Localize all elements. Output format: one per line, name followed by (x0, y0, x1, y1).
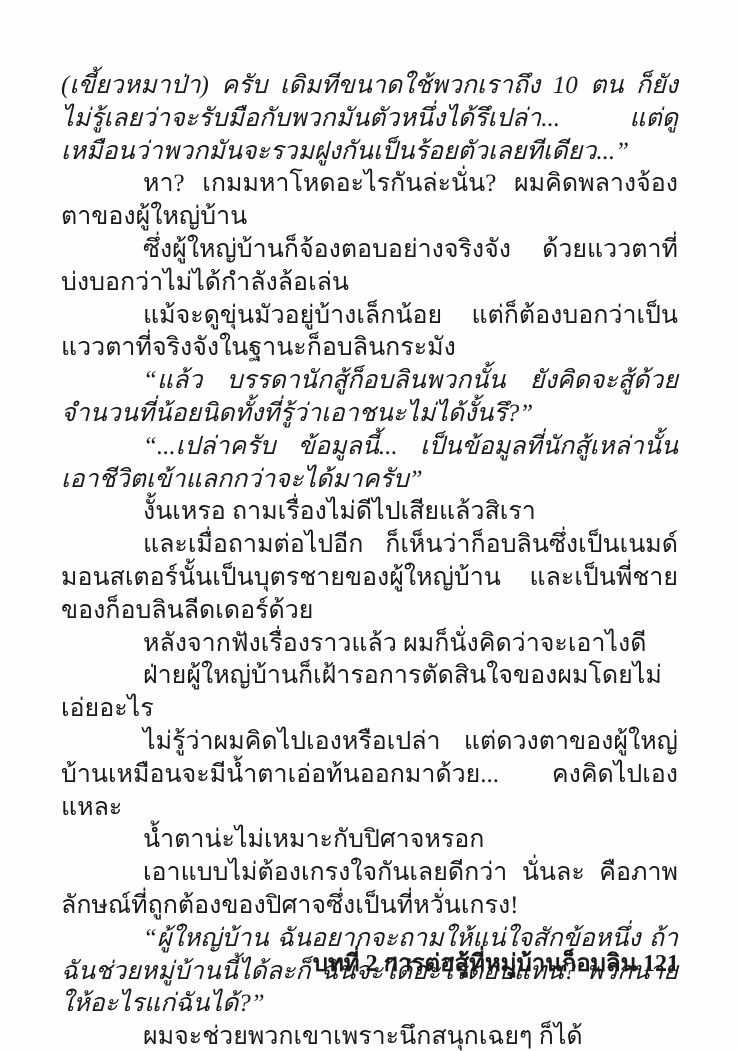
paragraph: ผมจะช่วยพวกเขาเพราะนึกสนุกเฉยๆ ก็ได้ (61, 1021, 678, 1051)
paragraph: งั้นเหรอ ถามเรื่องไม่ดีไปเสียแล้วสิเรา (61, 496, 678, 529)
paragraph: แม้จะดูขุ่นมัวอยู่บ้างเล็กน้อย แต่ก็ต้อง… (61, 300, 678, 366)
page-number: 121 (643, 951, 679, 977)
paragraph: น้ำตาน่ะไม่เหมาะกับปิศาจหรอก (61, 824, 678, 857)
paragraph: ซึ่งผู้ใหญ่บ้านก็จ้องตอบอย่างจริงจัง ด้ว… (61, 234, 678, 300)
paragraph: “...เปล่าครับ ข้อมูลนี้... เป็นข้อมูลที่… (61, 431, 678, 497)
paragraph: และเมื่อถามต่อไปอีก ก็เห็นว่าก็อบลินซึ่ง… (61, 529, 678, 627)
paragraph: ไม่รู้ว่าผมคิดไปเองหรือเปล่า แต่ดวงตาของ… (61, 726, 678, 824)
paragraph: (เขี้ยวหมาป่า) ครับ เดิมทีขนาดใช้พวกเราถ… (61, 70, 678, 168)
paragraph: หา? เกมมหาโหดอะไรกันล่ะนั่น? ผมคิดพลางจ้… (61, 168, 678, 234)
paragraph: “แล้ว บรรดานักสู้ก็อบลินพวกนั้น ยังคิดจะ… (61, 365, 678, 431)
paragraph: ฝ่ายผู้ใหญ่บ้านก็เฝ้ารอการตัดสินใจของผมโ… (61, 660, 678, 726)
paragraph: เอาแบบไม่ต้องเกรงใจกันเลยดีกว่า นั่นละ ค… (61, 857, 678, 923)
chapter-title: บทที่ 2 การต่อสู้ที่หมู่บ้านก็อบลิน (313, 951, 637, 977)
page-text: (เขี้ยวหมาป่า) ครับ เดิมทีขนาดใช้พวกเราถ… (61, 70, 678, 1051)
book-page: (เขี้ยวหมาป่า) ครับ เดิมทีขนาดใช้พวกเราถ… (0, 0, 738, 1051)
paragraph: หลังจากฟังเรื่องราวแล้ว ผมก็นั่งคิดว่าจะ… (61, 628, 678, 661)
page-footer: บทที่ 2 การต่อสู้ที่หมู่บ้านก็อบลิน121 (313, 948, 679, 980)
